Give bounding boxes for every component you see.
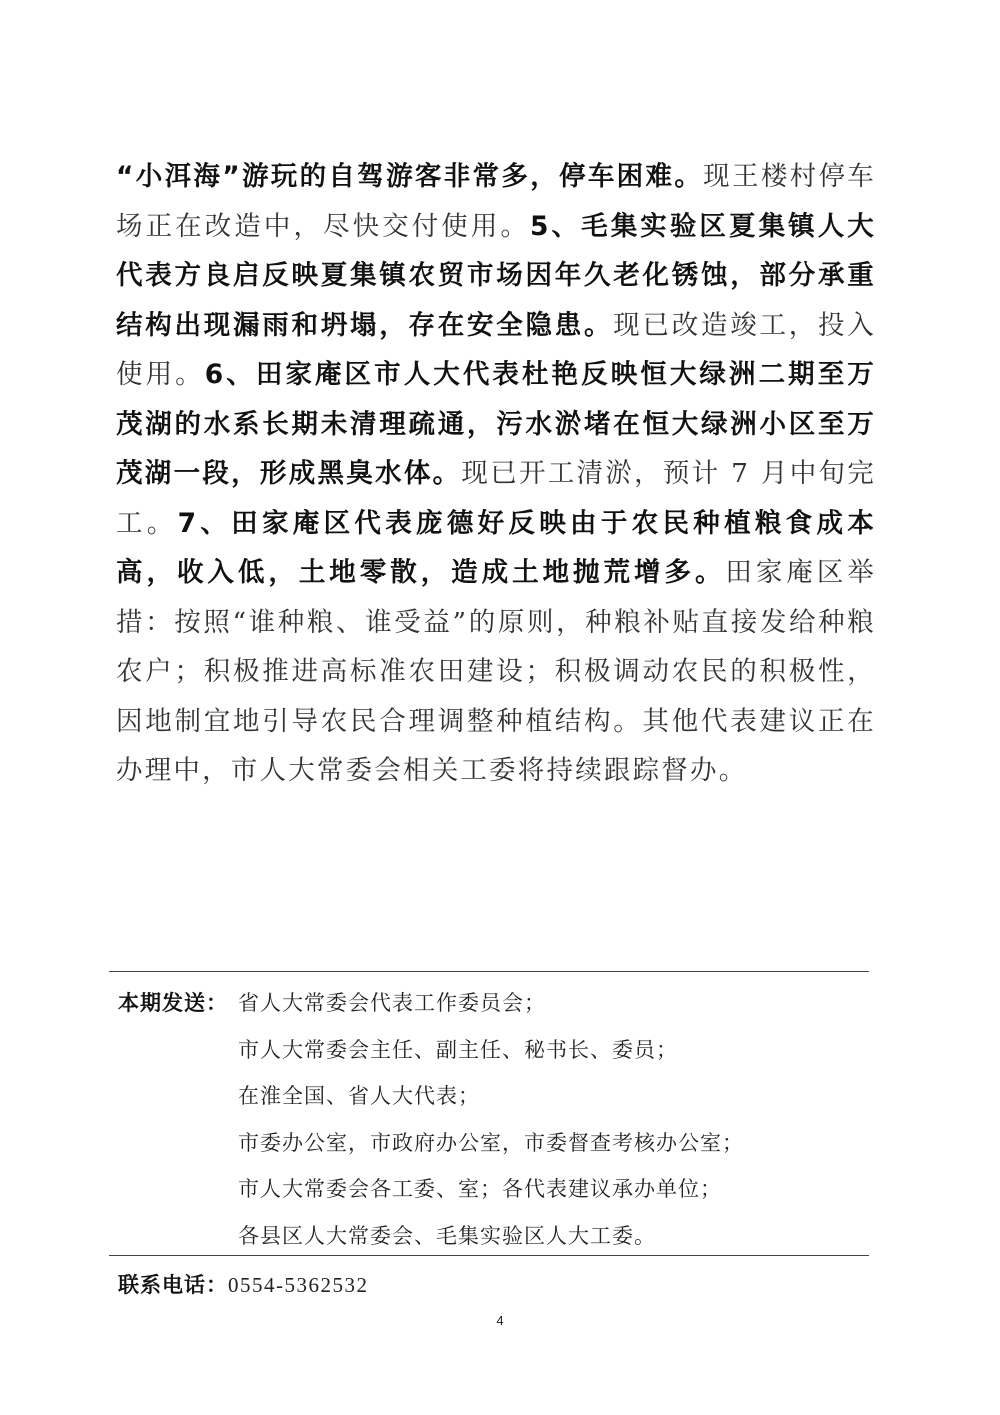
distribution-recipient: 省人大常委会代表工作委员会； (238, 983, 546, 1023)
response-segment-item-7: 田家庵区举措：按照“谁种粮、谁受益”的原则，种粮补贴直接发给种粮农户；积极推进高… (116, 557, 876, 786)
page-number: 4 (0, 1313, 1000, 1328)
body-paragraph: “小洱海”游玩的自驾游客非常多，停车困难。现王楼村停车场正在改造中，尽快交付使用… (116, 152, 876, 796)
contact-label: 联系电话： (118, 1273, 228, 1297)
distribution-list: 本期发送：省人大常委会代表工作委员会； 市人大常委会主任、副主任、秘书长、委员；… (118, 983, 878, 1262)
document-page: “小洱海”游玩的自驾游客非常多，停车困难。现王楼村停车场正在改造中，尽快交付使用… (0, 0, 1000, 1415)
bold-segment-parking-issue: “小洱海”游玩的自驾游客非常多，停车困难。 (116, 161, 703, 192)
distribution-row: 市人大常委会各工委、室；各代表建议承办单位； (118, 1169, 878, 1216)
divider-top (109, 971, 869, 972)
distribution-recipient: 各县区人大常委会、毛集实验区人大工委。 (238, 1216, 656, 1256)
distribution-recipient: 市委办公室，市政府办公室，市委督查考核办公室； (238, 1123, 744, 1163)
distribution-row: 市人大常委会主任、副主任、秘书长、委员； (118, 1030, 878, 1077)
contact-phone: 0554-5362532 (228, 1273, 369, 1297)
divider-bottom (109, 1255, 869, 1256)
distribution-row: 市委办公室，市政府办公室，市委督查考核办公室； (118, 1123, 878, 1170)
distribution-recipient: 在淮全国、省人大代表； (238, 1076, 480, 1116)
distribution-recipient: 市人大常委会主任、副主任、秘书长、委员； (238, 1030, 678, 1070)
distribution-recipient: 市人大常委会各工委、室；各代表建议承办单位； (238, 1169, 722, 1209)
distribution-row: 在淮全国、省人大代表； (118, 1076, 878, 1123)
distribution-label: 本期发送： (118, 983, 238, 1023)
distribution-row: 本期发送：省人大常委会代表工作委员会； (118, 983, 878, 1030)
contact-line: 联系电话：0554-5362532 (118, 1265, 369, 1305)
